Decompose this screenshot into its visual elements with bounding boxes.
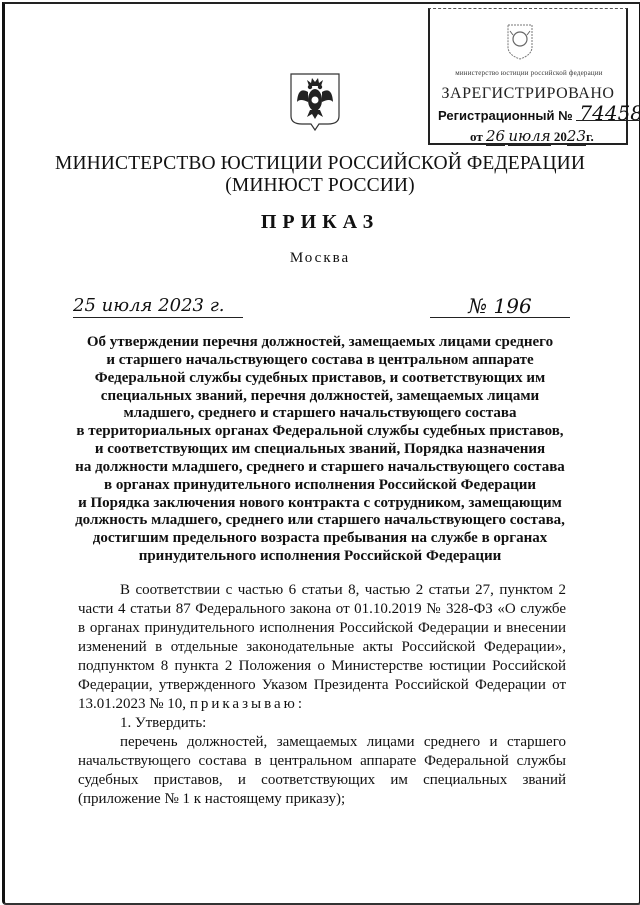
subject-line: младшего, среднего и старшего начальству… [64, 405, 576, 423]
subject-line: достигшим предельного возраста пребывани… [64, 530, 576, 548]
stamp-date-day: 26 [486, 127, 505, 146]
stamp-reg-label: Регистрационный № [438, 108, 573, 123]
stamp-coat-of-arms-icon [502, 21, 538, 61]
coat-of-arms-icon [288, 72, 342, 134]
stamp-date-month: июля [508, 127, 550, 146]
subject-line: и соответствующих им специальных званий,… [64, 441, 576, 459]
registration-stamp: министерство юстиции российской федераци… [428, 8, 628, 145]
stamp-date-year-prefix: 20 [554, 129, 567, 144]
stamp-reg-number: 74458 [576, 106, 640, 121]
subject-line: на должности младшего, среднего и старше… [64, 459, 576, 477]
order-word: приказываю: [190, 696, 305, 712]
subject-line: и Порядка заключения нового контракта с … [64, 495, 576, 513]
subject-line: и старшего начальствующего состава в цен… [64, 352, 576, 370]
order-subject: Об утверждении перечня должностей, замещ… [64, 334, 576, 566]
ministry-name: МИНИСТЕРСТВО ЮСТИЦИИ РОССИЙСКОЙ ФЕДЕРАЦИ… [0, 153, 640, 175]
stamp-ministry-line: министерство юстиции российской федераци… [434, 69, 624, 77]
stamp-date-year-suffix: 23 [567, 127, 586, 146]
subject-line: в территориальных органах Федеральной сл… [64, 423, 576, 441]
subject-line: Об утверждении перечня должностей, замещ… [64, 334, 576, 352]
stamp-date-year-end: г. [586, 129, 594, 144]
order-number: № 196 [430, 295, 570, 318]
subject-line: Федеральной службы судебных приставов, и… [64, 370, 576, 388]
ministry-header: МИНИСТЕРСТВО ЮСТИЦИИ РОССИЙСКОЙ ФЕДЕРАЦИ… [0, 153, 640, 197]
stamp-date-prefix: от [470, 129, 483, 144]
subject-line: в органах принудительного исполнения Рос… [64, 477, 576, 495]
subject-line: должность младшего, среднего или старшег… [64, 512, 576, 530]
subject-line: специальных званий, перечня должностей, … [64, 388, 576, 406]
document-type-title: ПРИКАЗ [0, 211, 640, 234]
item-1-subitem-1: перечень должностей, замещаемых лицами с… [78, 733, 566, 809]
order-date: 25 июля 2023 г. [73, 295, 243, 318]
preamble-text: В соответствии с частью 6 статьи 8, част… [78, 582, 566, 712]
subject-line: принудительного исполнения Российской Фе… [64, 548, 576, 566]
order-body: В соответствии с частью 6 статьи 8, част… [78, 581, 566, 809]
stamp-registration-line: Регистрационный № 74458 [438, 106, 640, 123]
ministry-short-name: (МИНЮСТ РОССИИ) [0, 175, 640, 197]
item-1-heading: 1. Утвердить: [78, 714, 566, 733]
city: Москва [0, 250, 640, 267]
stamp-date-line: от 26 июля 2023г. [470, 127, 594, 145]
preamble-paragraph: В соответствии с частью 6 статьи 8, част… [78, 581, 566, 714]
